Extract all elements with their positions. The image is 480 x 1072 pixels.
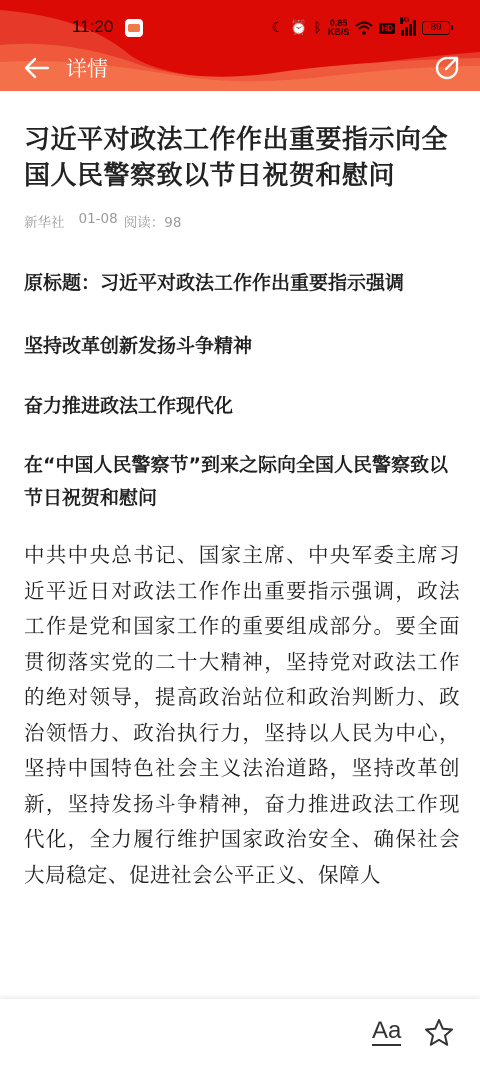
page-title: 详情 [66,53,108,83]
app-notification-icon [125,19,143,37]
article-date: 01-08 [79,211,118,231]
article-read-count: 阅读：98 [124,211,182,231]
article-content[interactable]: 习近平对政法工作作出重要指示向全国人民警察致以节日祝贺和慰问 新华社 01-08… [24,91,460,1001]
article-subtitle: 原标题：习近平对政法工作作出重要指示强调 [24,267,460,300]
signal-label: 5G [400,17,403,24]
bottom-toolbar: Aa [0,999,480,1072]
article-subtitle: 坚持改革创新发扬斗争精神 [24,330,460,363]
hd-icon: HD [379,23,395,34]
status-bar: 11:20 ☾ ⏰ ᛒ 0.85 KB/S HD 5G 89 [0,14,480,42]
article-meta: 新华社 01-08 阅读：98 [24,211,460,231]
wifi-icon [355,21,373,35]
arrow-left-icon[interactable] [24,56,50,80]
app-header: 11:20 ☾ ⏰ ᛒ 0.85 KB/S HD 5G 89 [0,0,480,91]
share-icon[interactable] [434,55,460,81]
moon-icon: ☾ [272,21,285,35]
article-subtitle: 在“中国人民警察节”到来之际向全国人民警察致以节日祝贺和慰问 [24,449,460,515]
network-speed-unit: KB/S [328,28,350,37]
article-title: 习近平对政法工作作出重要指示向全国人民警察致以节日祝贺和慰问 [24,122,460,194]
signal-icon: 5G [401,20,416,36]
alarm-icon: ⏰ [290,21,307,35]
article-body: 中共中央总书记、国家主席、中央军委主席习近平近日对政法工作作出重要指示强调，政法… [24,538,460,893]
navigation-bar: 详情 [0,48,480,88]
star-icon[interactable] [423,1017,455,1049]
article-source: 新华社 [24,211,65,231]
network-speed: 0.85 KB/S [328,19,350,37]
bluetooth-icon: ᛒ [314,21,322,35]
font-size-button[interactable]: Aa [372,1019,401,1046]
battery-icon: 89 [422,21,450,35]
status-time: 11:20 [72,17,113,37]
article-subtitle: 奋力推进政法工作现代化 [24,390,460,423]
